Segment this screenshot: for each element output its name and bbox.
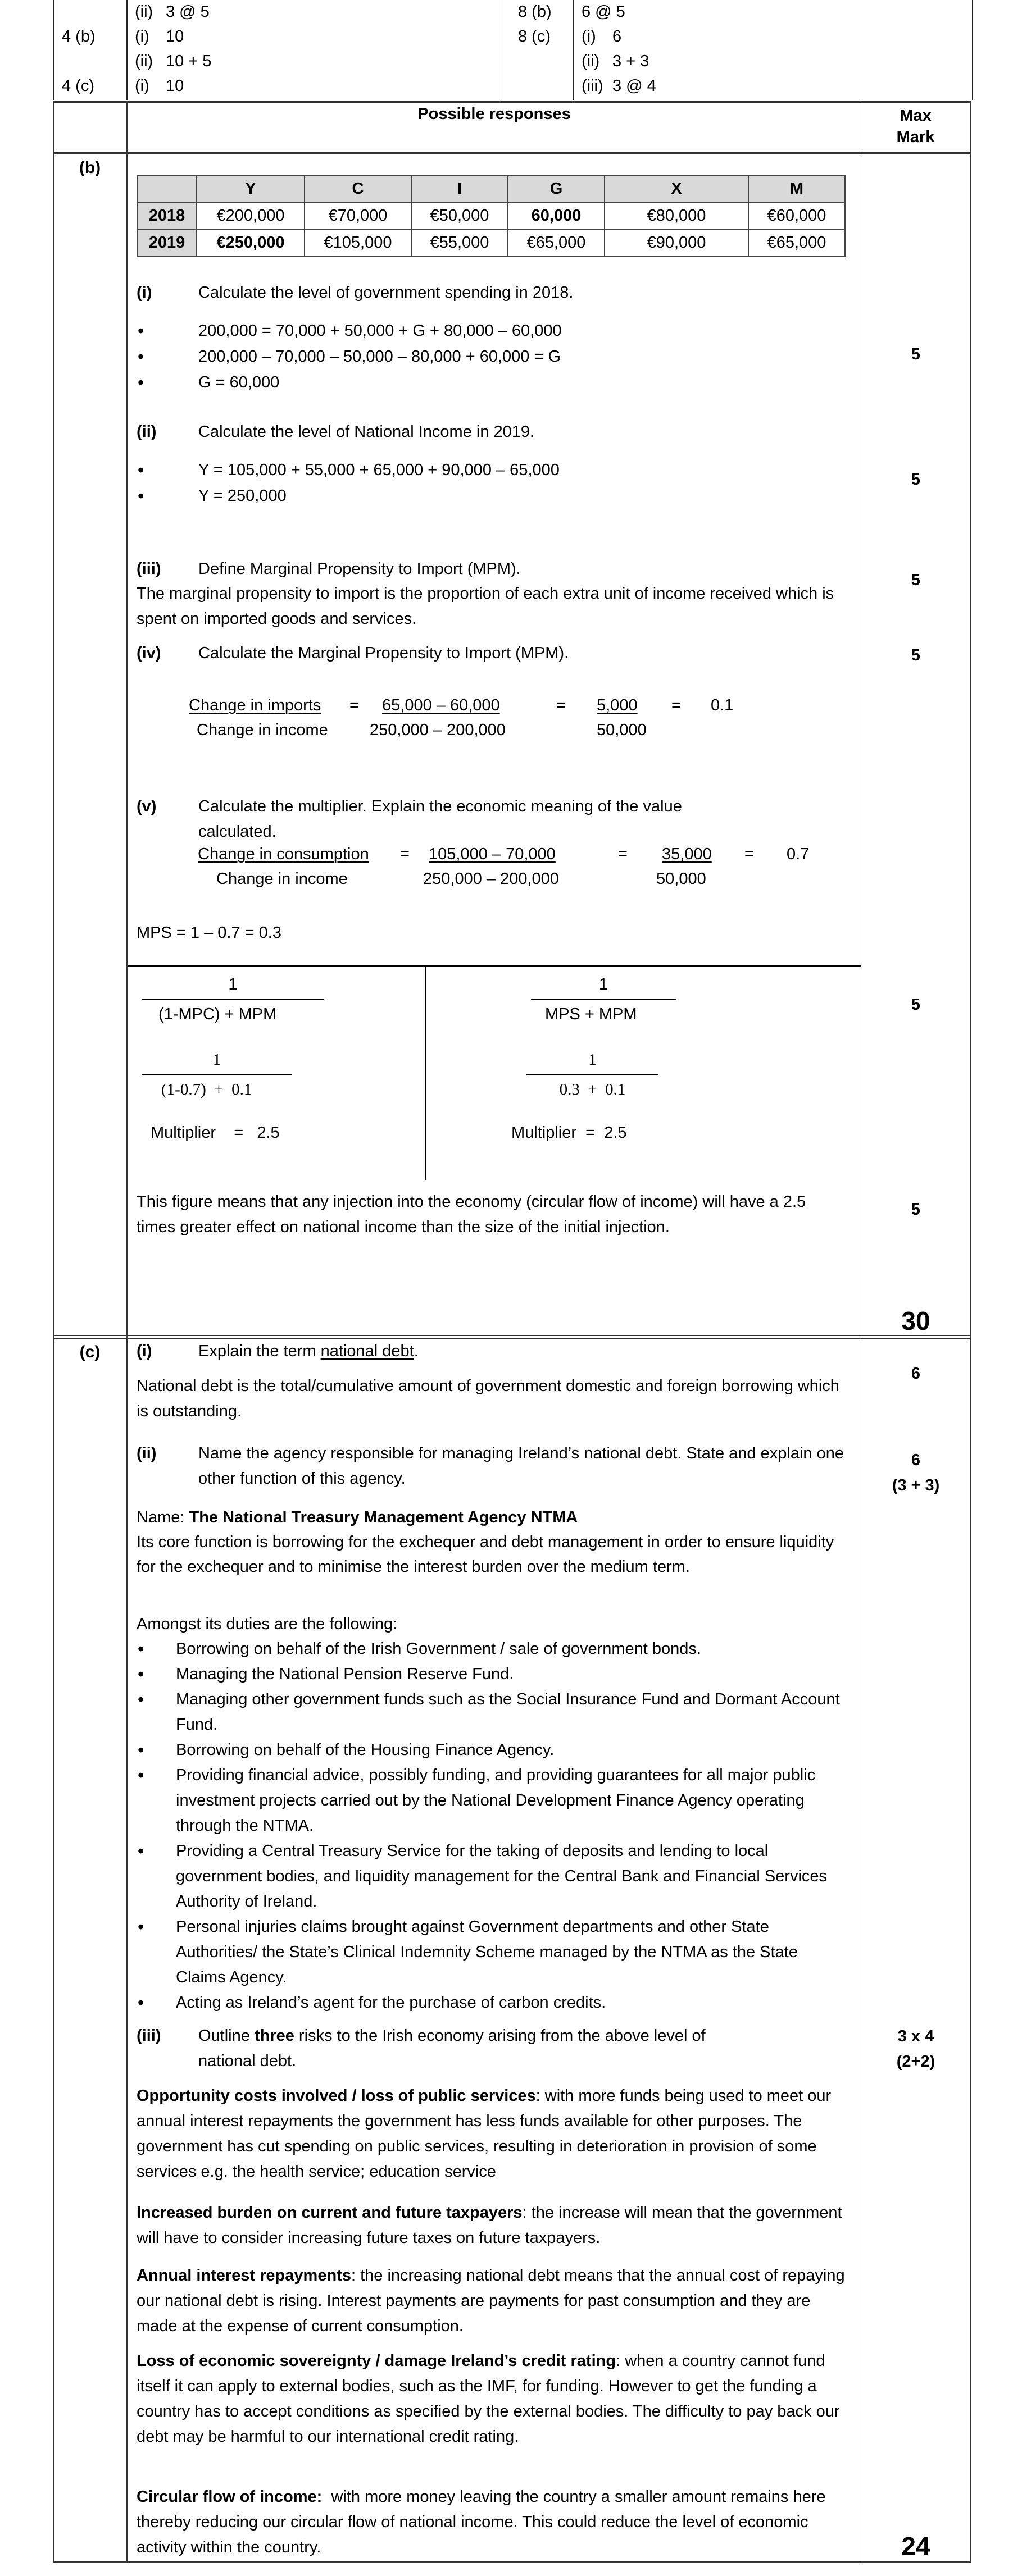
summary-question: 4 (b) xyxy=(62,25,96,49)
ntma-core-function: Its core function is borrowing for the e… xyxy=(137,1530,847,1579)
table-header-cell: X xyxy=(605,176,748,203)
summary-question: 8 (b) xyxy=(518,0,552,25)
table-border xyxy=(53,152,971,154)
multiplier-box-divider xyxy=(425,967,426,1180)
summary-entry: (i)6 xyxy=(582,25,621,49)
table-cell: €50,000 xyxy=(411,203,508,230)
multiplier-explanation: This figure means that any injection int… xyxy=(137,1189,847,1240)
list-item: Borrowing on behalf of the Irish Governm… xyxy=(137,1636,850,1662)
mps-calculation: MPS = 1 – 0.7 = 0.3 xyxy=(137,921,847,946)
question-b-ii: (ii)Calculate the level of National Inco… xyxy=(137,420,856,445)
multiplier-result-right: Multiplier = 2.5 xyxy=(511,1121,627,1146)
table-border xyxy=(126,101,128,2563)
multiplier-formula-left-1: 1 (1-MPC) + MPM xyxy=(142,973,324,1027)
summary-divider xyxy=(499,0,499,100)
table-cell: €90,000 xyxy=(605,230,748,257)
year-cell: 2018 xyxy=(137,203,197,230)
question-b-iv: (iv)Calculate the Marginal Propensity to… xyxy=(137,641,856,666)
table-cell: €250,000 xyxy=(197,230,305,257)
question-b-i: (i)Calculate the level of government spe… xyxy=(137,281,856,306)
table-border xyxy=(53,2561,971,2563)
table-header-cell: G xyxy=(508,176,605,203)
summary-divider xyxy=(53,0,54,100)
summary-entry: (i)10 xyxy=(135,74,184,99)
summary-entry: (ii)3 @ 5 xyxy=(135,0,210,25)
summary-question: 4 (c) xyxy=(62,74,94,99)
year-cell: 2019 xyxy=(137,230,197,257)
table-header-cell: C xyxy=(305,176,411,203)
answer-b-iii: The marginal propensity to import is the… xyxy=(137,570,847,632)
question-c-i: (i)Explain the term national debt. xyxy=(137,1339,856,1364)
list-item: Providing a Central Treasury Service for… xyxy=(137,1839,850,1914)
mark-b-v-calc: 5 xyxy=(861,993,971,1018)
mark-b-iii: 5 xyxy=(861,568,971,593)
risk-item: Opportunity costs involved / loss of pub… xyxy=(137,2083,847,2185)
table-cell: €65,000 xyxy=(508,230,605,257)
ntma-name: Name: The National Treasury Management A… xyxy=(137,1505,847,1530)
multiplier-formula-right-1: 1 MPS + MPM xyxy=(531,973,676,1027)
national-income-data-table: Y C I G X M 2018 €200,000 €70,000 €50,00… xyxy=(137,175,846,257)
table-cell: 60,000 xyxy=(508,203,605,230)
mark-b-iv: 5 xyxy=(861,644,971,668)
summary-entry: 6 @ 5 xyxy=(582,0,625,25)
table-cell: €55,000 xyxy=(411,230,508,257)
mpm-formula: Change in imports = 65,000 – 60,000 = 5,… xyxy=(0,694,843,744)
mark-c-iii: 3 x 4 (2+2) xyxy=(861,2024,971,2075)
table-row: 2018 €200,000 €70,000 €50,000 60,000 €80… xyxy=(137,203,845,230)
section-label-b: (b) xyxy=(53,155,126,180)
risk-item: Circular flow of income: with more money… xyxy=(137,2484,847,2560)
mark-b-v-explain: 5 xyxy=(861,1198,971,1223)
table-border xyxy=(53,101,54,2563)
summary-divider xyxy=(573,0,574,100)
summary-divider xyxy=(126,0,128,100)
list-item: Acting as Ireland’s agent for the purcha… xyxy=(137,1990,850,2016)
multiplier-formula-left-2: 1 (1-0.7) + 0.1 xyxy=(142,1048,292,1102)
multiplier-box-top xyxy=(128,965,861,967)
mark-c-ii: 6 (3 + 3) xyxy=(861,1448,971,1498)
summary-entry: (iii)3 @ 4 xyxy=(582,74,656,99)
mark-c-i: 6 xyxy=(861,1362,971,1387)
section-label-c: (c) xyxy=(53,1339,126,1365)
total-c: 24 xyxy=(861,2527,971,2566)
table-header-cell: I xyxy=(411,176,508,203)
list-item: Personal injuries claims brought against… xyxy=(137,1914,850,1990)
table-header-row: Y C I G X M xyxy=(137,176,845,203)
table-cell: €80,000 xyxy=(605,203,748,230)
summary-entry: (ii)10 + 5 xyxy=(135,49,211,74)
multiplier-formula-right-2: 1 0.3 + 0.1 xyxy=(526,1048,658,1102)
answer-b-ii: Y = 105,000 + 55,000 + 65,000 + 90,000 –… xyxy=(137,457,560,509)
answer-c-i: National debt is the total/cumulative am… xyxy=(137,1374,847,1424)
summary-question: 8 (c) xyxy=(518,25,551,49)
mpc-formula: Change in consumption = 105,000 – 70,000… xyxy=(0,842,843,893)
list-item: Borrowing on behalf of the Housing Finan… xyxy=(137,1738,850,1763)
total-b: 30 xyxy=(861,1302,971,1341)
ntma-duties-list: Borrowing on behalf of the Irish Governm… xyxy=(137,1636,850,2016)
table-border xyxy=(53,1335,971,1336)
responses-header: Possible responses xyxy=(128,102,861,127)
answer-b-i: 200,000 = 70,000 + 50,000 + G + 80,000 –… xyxy=(137,318,562,395)
risk-item: Annual interest repayments: the increasi… xyxy=(137,2263,847,2339)
question-b-v: (v)Calculate the multiplier. Explain the… xyxy=(137,794,856,845)
table-cell: €70,000 xyxy=(305,203,411,230)
table-header-cell: M xyxy=(748,176,845,203)
summary-entry: (ii)3 + 3 xyxy=(582,49,649,74)
list-item: Managing the National Pension Reserve Fu… xyxy=(137,1662,850,1687)
table-cell: €65,000 xyxy=(748,230,845,257)
max-mark-header: Max Mark xyxy=(861,106,970,148)
duties-intro: Amongst its duties are the following: xyxy=(137,1612,847,1636)
risk-item: Loss of economic sovereignty / damage Ir… xyxy=(137,2349,847,2450)
question-c-iii: (iii)Outline three risks to the Irish ec… xyxy=(137,2023,856,2074)
table-cell: €60,000 xyxy=(748,203,845,230)
risk-item: Increased burden on current and future t… xyxy=(137,2200,847,2251)
table-cell: €105,000 xyxy=(305,230,411,257)
summary-divider xyxy=(972,0,973,100)
list-item: Managing other government funds such as … xyxy=(137,1687,850,1738)
list-item: Providing financial advice, possibly fun… xyxy=(137,1763,850,1839)
question-c-ii: (ii)Name the agency responsible for mana… xyxy=(137,1441,856,1492)
mark-b-ii: 5 xyxy=(861,468,971,493)
mark-b-i: 5 xyxy=(861,343,971,367)
table-header-cell xyxy=(137,176,197,203)
summary-entry: (i)10 xyxy=(135,25,184,49)
multiplier-result-left: Multiplier = 2.5 xyxy=(151,1121,280,1146)
table-row: 2019 €250,000 €105,000 €55,000 €65,000 €… xyxy=(137,230,845,257)
table-header-cell: Y xyxy=(197,176,305,203)
table-cell: €200,000 xyxy=(197,203,305,230)
